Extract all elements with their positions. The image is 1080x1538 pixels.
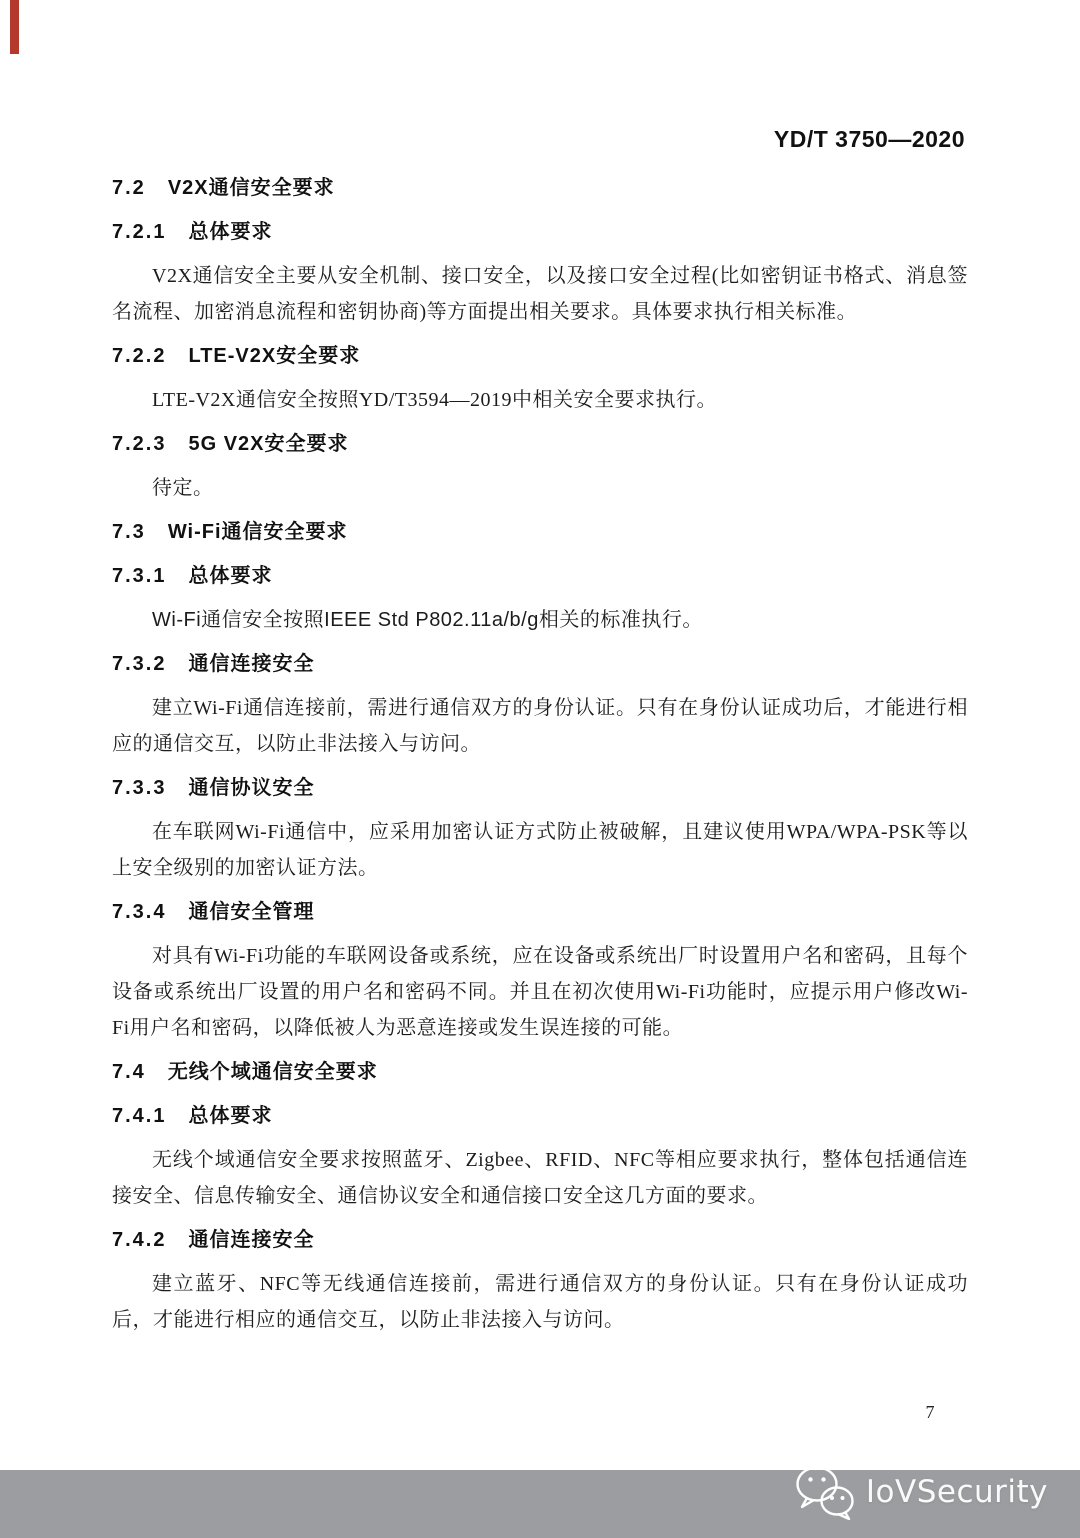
heading-title: V2X通信安全要求 bbox=[168, 177, 335, 199]
wechat-icon bbox=[794, 1464, 856, 1520]
heading-title: 通信安全管理 bbox=[188, 901, 314, 923]
section-heading-7-2-3: 7.2.35G V2X安全要求 bbox=[112, 432, 968, 456]
watermark-text: IoVSecurity bbox=[866, 1474, 1048, 1510]
heading-title: 总体要求 bbox=[188, 221, 272, 243]
section-heading-7-4-1: 7.4.1总体要求 bbox=[112, 1104, 968, 1128]
heading-title: 通信连接安全 bbox=[188, 1229, 314, 1251]
paragraph: LTE-V2X通信安全按照YD/T3594—2019中相关安全要求执行。 bbox=[112, 382, 968, 418]
heading-number: 7.2.2 bbox=[112, 345, 166, 367]
watermark: IoVSecurity bbox=[794, 1458, 1048, 1526]
section-heading-7-3-3: 7.3.3通信协议安全 bbox=[112, 776, 968, 800]
section-heading-7-2-2: 7.2.2LTE-V2X安全要求 bbox=[112, 344, 968, 368]
heading-number: 7.4.2 bbox=[112, 1229, 166, 1251]
heading-number: 7.4 bbox=[112, 1061, 146, 1083]
heading-title: Wi-Fi通信安全要求 bbox=[168, 521, 348, 543]
heading-number: 7.3.4 bbox=[112, 901, 166, 923]
heading-number: 7.2 bbox=[112, 177, 146, 199]
section-heading-7-2-1: 7.2.1总体要求 bbox=[112, 220, 968, 244]
paragraph: 在车联网Wi-Fi通信中，应采用加密认证方式防止被破解，且建议使用WPA/WPA… bbox=[112, 814, 968, 886]
footer-watermark-band: IoVSecurity bbox=[0, 1470, 1080, 1538]
document-page: YD/T 3750—2020 7.2V2X通信安全要求 7.2.1总体要求 V2… bbox=[0, 0, 1080, 1538]
paragraph: 无线个域通信安全要求按照蓝牙、Zigbee、RFID、NFC等相应要求执行，整体… bbox=[112, 1142, 968, 1214]
paragraph: V2X通信安全主要从安全机制、接口安全，以及接口安全过程(比如密钥证书格式、消息… bbox=[112, 258, 968, 330]
heading-number: 7.4.1 bbox=[112, 1105, 166, 1127]
heading-title: 无线个域通信安全要求 bbox=[168, 1061, 378, 1083]
heading-number: 7.2.3 bbox=[112, 433, 166, 455]
heading-title: 5G V2X安全要求 bbox=[188, 433, 348, 455]
heading-title: 通信连接安全 bbox=[188, 653, 314, 675]
heading-number: 7.2.1 bbox=[112, 221, 166, 243]
paragraph: 待定。 bbox=[112, 470, 968, 506]
section-heading-7-3-2: 7.3.2通信连接安全 bbox=[112, 652, 968, 676]
section-heading-7-2: 7.2V2X通信安全要求 bbox=[112, 176, 968, 200]
heading-title: 总体要求 bbox=[188, 565, 272, 587]
paragraph: 对具有Wi-Fi功能的车联网设备或系统，应在设备或系统出厂时设置用户名和密码，且… bbox=[112, 938, 968, 1046]
heading-number: 7.3.3 bbox=[112, 777, 166, 799]
heading-number: 7.3 bbox=[112, 521, 146, 543]
paragraph: Wi-Fi通信安全按照IEEE Std P802.11a/b/g相关的标准执行。 bbox=[112, 602, 968, 638]
heading-title: 总体要求 bbox=[188, 1105, 272, 1127]
heading-number: 7.3.1 bbox=[112, 565, 166, 587]
section-heading-7-3-1: 7.3.1总体要求 bbox=[112, 564, 968, 588]
page-number: 7 bbox=[918, 1402, 942, 1423]
section-heading-7-4-2: 7.4.2通信连接安全 bbox=[112, 1228, 968, 1252]
heading-title: 通信协议安全 bbox=[188, 777, 314, 799]
paragraph: 建立蓝牙、NFC等无线通信连接前，需进行通信双方的身份认证。只有在身份认证成功后… bbox=[112, 1266, 968, 1338]
heading-number: 7.3.2 bbox=[112, 653, 166, 675]
section-heading-7-3-4: 7.3.4通信安全管理 bbox=[112, 900, 968, 924]
document-body: 7.2V2X通信安全要求 7.2.1总体要求 V2X通信安全主要从安全机制、接口… bbox=[112, 0, 968, 1342]
section-heading-7-4: 7.4无线个域通信安全要求 bbox=[112, 1060, 968, 1084]
section-heading-7-3: 7.3Wi-Fi通信安全要求 bbox=[112, 520, 968, 544]
paragraph: 建立Wi-Fi通信连接前，需进行通信双方的身份认证。只有在身份认证成功后，才能进… bbox=[112, 690, 968, 762]
red-accent-bar bbox=[10, 0, 19, 54]
heading-title: LTE-V2X安全要求 bbox=[188, 345, 360, 367]
